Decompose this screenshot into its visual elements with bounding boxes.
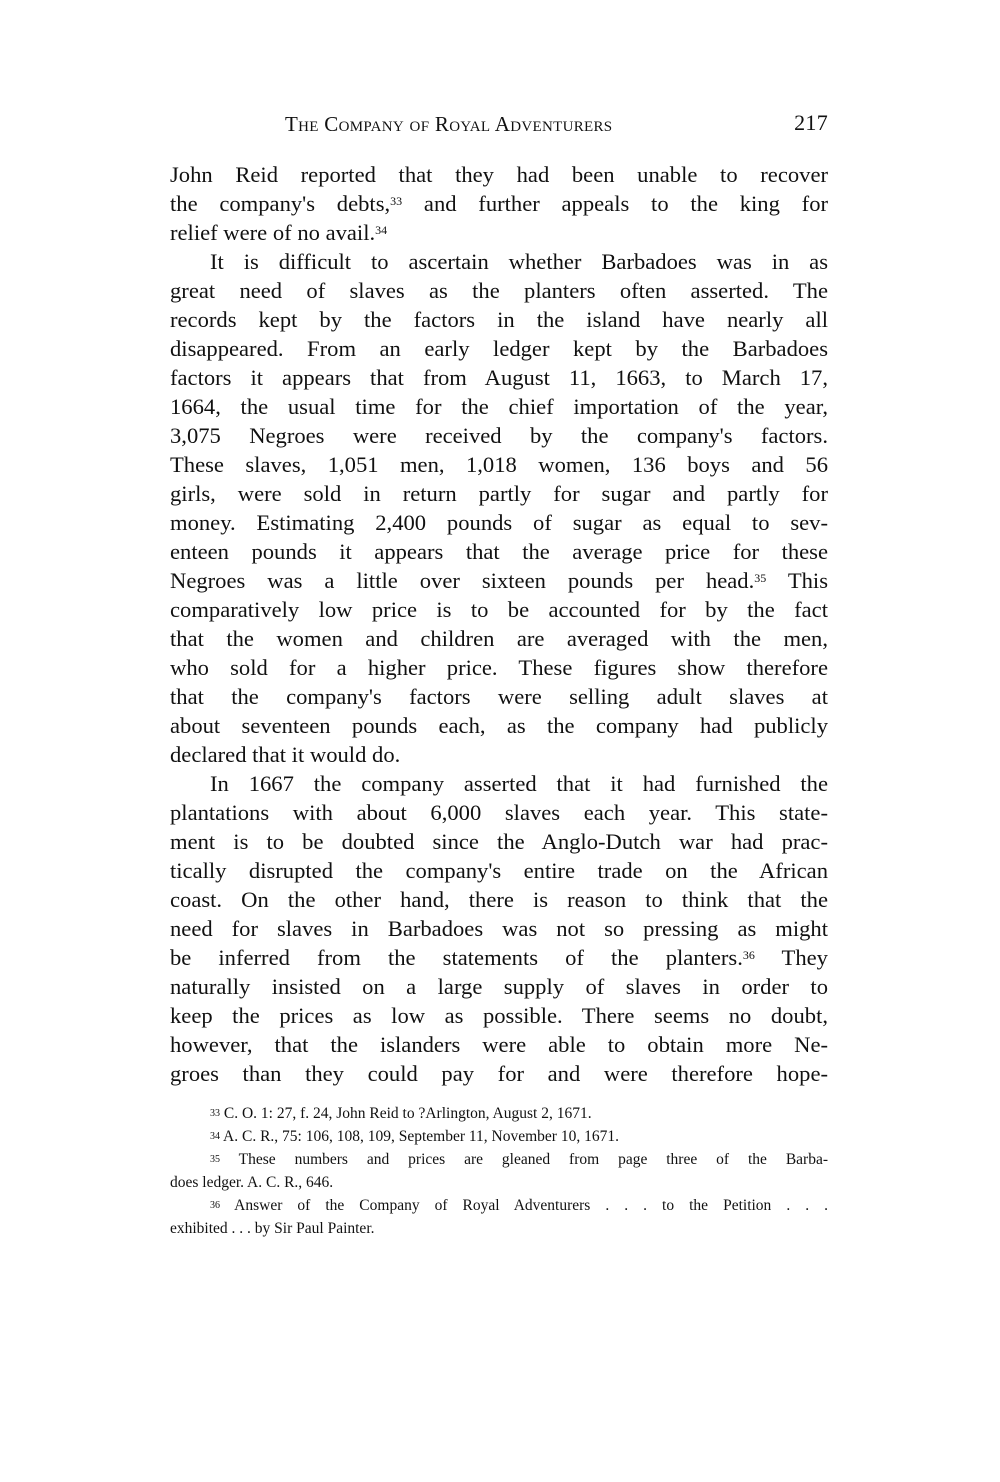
page-number: 217 [794,110,828,136]
text-line: money. Estimating 2,400 pounds of sugar … [170,508,828,537]
text-line: ment is to be doubted since the Anglo-Du… [170,827,828,856]
footnote-ref[interactable]: 36 [743,948,755,962]
text-line: that the women and children are averaged… [170,624,828,653]
text-line: relief were of no avail.34 [170,218,828,247]
text-line: 1664, the usual time for the chief impor… [170,392,828,421]
text-line: however, that the islanders were able to… [170,1030,828,1059]
text-line: about seventeen pounds each, as the comp… [170,711,828,740]
text-line: be inferred from the statements of the p… [170,943,828,972]
text-line: coast. On the other hand, there is reaso… [170,885,828,914]
text-line: who sold for a higher price. These figur… [170,653,828,682]
footnote-35-cont: does ledger. A. C. R., 646. [170,1171,828,1194]
text-line: declared that it would do. [170,740,828,769]
running-head: The Company of Royal Adventurers 217 [170,110,828,142]
text-line: plantations with about 6,000 slaves each… [170,798,828,827]
running-head-title: The Company of Royal Adventurers [285,112,612,137]
paragraph-start: It is difficult to ascertain whether Bar… [170,247,828,276]
text-line: that the company's factors were selling … [170,682,828,711]
footnote-34: 34 A. C. R., 75: 106, 108, 109, Septembe… [170,1125,828,1148]
text-line: These slaves, 1,051 men, 1,018 women, 13… [170,450,828,479]
text-line: comparatively low price is to be account… [170,595,828,624]
text-line: disappeared. From an early ledger kept b… [170,334,828,363]
text-line: factors it appears that from August 11, … [170,363,828,392]
body-text: John Reid reported that they had been un… [170,160,828,1088]
text-line: great need of slaves as the planters oft… [170,276,828,305]
text-line: enteen pounds it appears that the averag… [170,537,828,566]
text-line: need for slaves in Barbadoes was not so … [170,914,828,943]
footnote-ref[interactable]: 34 [375,223,387,237]
text-line: John Reid reported that they had been un… [170,160,828,189]
text-line: groes than they could pay for and were t… [170,1059,828,1088]
footnote-mark: 34 [210,1131,220,1142]
book-page: The Company of Royal Adventurers 217 Joh… [170,110,828,1240]
text-line: tically disrupted the company's entire t… [170,856,828,885]
footnote-ref[interactable]: 35 [754,571,766,585]
text-line: Negroes was a little over sixteen pounds… [170,566,828,595]
text-line: 3,075 Negroes were received by the compa… [170,421,828,450]
paragraph-start: In 1667 the company asserted that it had… [170,769,828,798]
text-line: keep the prices as low as possible. Ther… [170,1001,828,1030]
footnote-mark: 35 [210,1154,220,1165]
footnote-ref[interactable]: 33 [390,194,402,208]
footnote-36-cont: exhibited . . . by Sir Paul Painter. [170,1217,828,1240]
footnote-mark: 36 [210,1200,220,1211]
text-line: naturally insisted on a large supply of … [170,972,828,1001]
footnote-33: 33 C. O. 1: 27, f. 24, John Reid to ?Arl… [170,1102,828,1125]
footnote-mark: 33 [210,1108,220,1119]
footnotes: 33 C. O. 1: 27, f. 24, John Reid to ?Arl… [170,1102,828,1240]
text-line: girls, were sold in return partly for su… [170,479,828,508]
footnote-36: 36 Answer of the Company of Royal Advent… [170,1194,828,1217]
text-line: the company's debts,33 and further appea… [170,189,828,218]
footnote-35: 35 These numbers and prices are gleaned … [170,1148,828,1171]
text-line: records kept by the factors in the islan… [170,305,828,334]
